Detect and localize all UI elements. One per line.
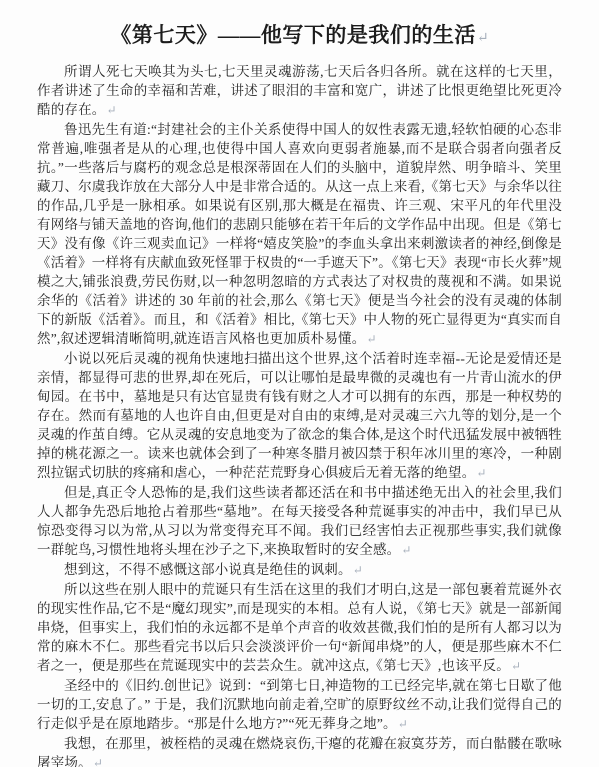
paragraph: 所谓人死七天唤其为头七,七天里灵魂游荡,七天后各归各所。就在这样的七天里，作者讲… <box>37 62 562 120</box>
paragraph-text: 鲁迅先生有道:“封建社会的主仆关系使得中国人的奴性表露无遗,轻软怕硬的心态非常普… <box>37 122 562 346</box>
paragraph-end-mark: ↵ <box>397 717 408 731</box>
paragraph: 鲁迅先生有道:“封建社会的主仆关系使得中国人的奴性表露无遗,轻软怕硬的心态非常普… <box>37 120 562 349</box>
paragraph-end-mark: ↵ <box>400 543 411 557</box>
paragraph-end-mark: ↵ <box>106 103 117 117</box>
paragraph-end-mark: ↵ <box>352 563 363 577</box>
paragraph: 圣经中的《旧约.创世记》说到：“到第七日,神造物的工已经完毕,就在第七日歇了他一… <box>37 676 562 734</box>
paragraph-text: 想到这，不得不感慨这部小说真是绝佳的讽刺。 <box>64 562 352 577</box>
paragraph-end-mark: ↵ <box>476 31 489 46</box>
paragraph-end-mark: ↵ <box>510 659 521 673</box>
document-page: 《第七天》——他写下的是我们的生活↵ 所谓人死七天唤其为头七,七天里灵魂游荡,七… <box>0 0 599 767</box>
document-title: 《第七天》——他写下的是我们的生活↵ <box>37 22 562 52</box>
paragraph: 小说以死后灵魂的视角快速地扫描出这个世界,这个活着时连幸福--无论是爱情还是亲情… <box>37 349 562 483</box>
paragraph: 所以这些在别人眼中的荒诞只有生活在这里的我们才明白,这是一部包裹着荒诞外衣的现实… <box>37 580 562 676</box>
paragraph-text: 所以这些在别人眼中的荒诞只有生活在这里的我们才明白,这是一部包裹着荒诞外衣的现实… <box>37 582 562 673</box>
paragraph-end-mark: ↵ <box>92 756 103 767</box>
paragraph: 想到这，不得不感慨这部小说真是绝佳的讽刺。↵ <box>37 560 562 580</box>
paragraph: 但是,真正令人恐怖的是,我们这些读者都还活在和书中描述绝无出入的社会里,我们人人… <box>37 483 562 560</box>
document-title-text: 《第七天》——他写下的是我们的生活 <box>110 23 476 47</box>
paragraph-end-mark: ↵ <box>475 466 486 480</box>
paragraph-text: 小说以死后灵魂的视角快速地扫描出这个世界,这个活着时连幸福--无论是爱情还是亲情… <box>37 351 562 480</box>
paragraph-end-mark: ↵ <box>365 332 376 346</box>
paragraph-text: 但是,真正令人恐怖的是,我们这些读者都还活在和书中描述绝无出入的社会里,我们人人… <box>37 485 562 557</box>
document-body: 所谓人死七天唤其为头七,七天里灵魂游荡,七天后各归各所。就在这样的七天里，作者讲… <box>37 62 562 767</box>
paragraph-text: 圣经中的《旧约.创世记》说到：“到第七日,神造物的工已经完毕,就在第七日歇了他一… <box>37 678 562 731</box>
paragraph: 我想，在那里，被桎梏的灵魂在燃烧哀伤,干瘪的花瓣在寂寞芬芳，而白骷髅在歌咏屠宰场… <box>37 734 562 767</box>
paragraph-text: 我想，在那里，被桎梏的灵魂在燃烧哀伤,干瘪的花瓣在寂寞芬芳，而白骷髅在歌咏屠宰场… <box>37 736 562 767</box>
